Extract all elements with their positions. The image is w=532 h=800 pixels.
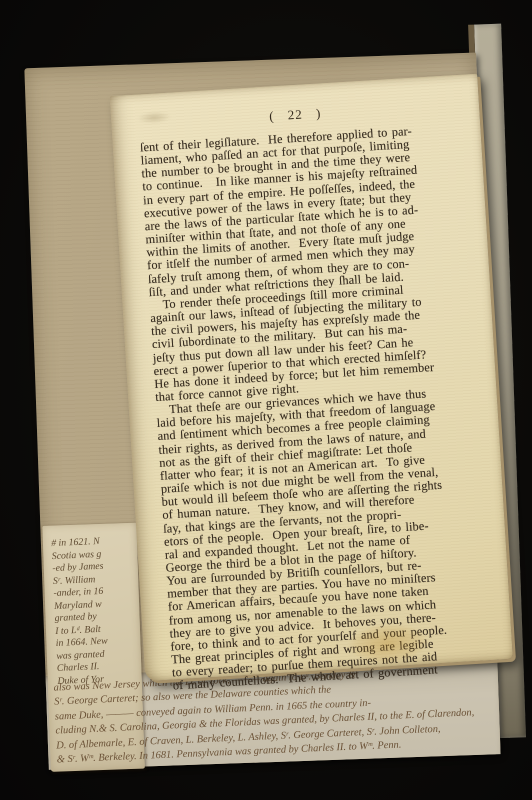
printed-page: ( 22 ) ſent of their legiſlature. He the… bbox=[110, 74, 513, 681]
album-leaf: # in 1621. N Scotia was g -ed by James S… bbox=[24, 53, 500, 770]
photograph-of-annotated-book-page: { "document": { "kind": "scanned 18th-ce… bbox=[0, 0, 532, 800]
book: # in 1621. N Scotia was g -ed by James S… bbox=[9, 18, 527, 779]
printed-body-text: ſent of their legiſlature. He therefore … bbox=[140, 121, 506, 693]
ink-smudge bbox=[137, 111, 172, 125]
slip-handwritten-note: # in 1621. N Scotia was g -ed by James S… bbox=[51, 534, 141, 688]
